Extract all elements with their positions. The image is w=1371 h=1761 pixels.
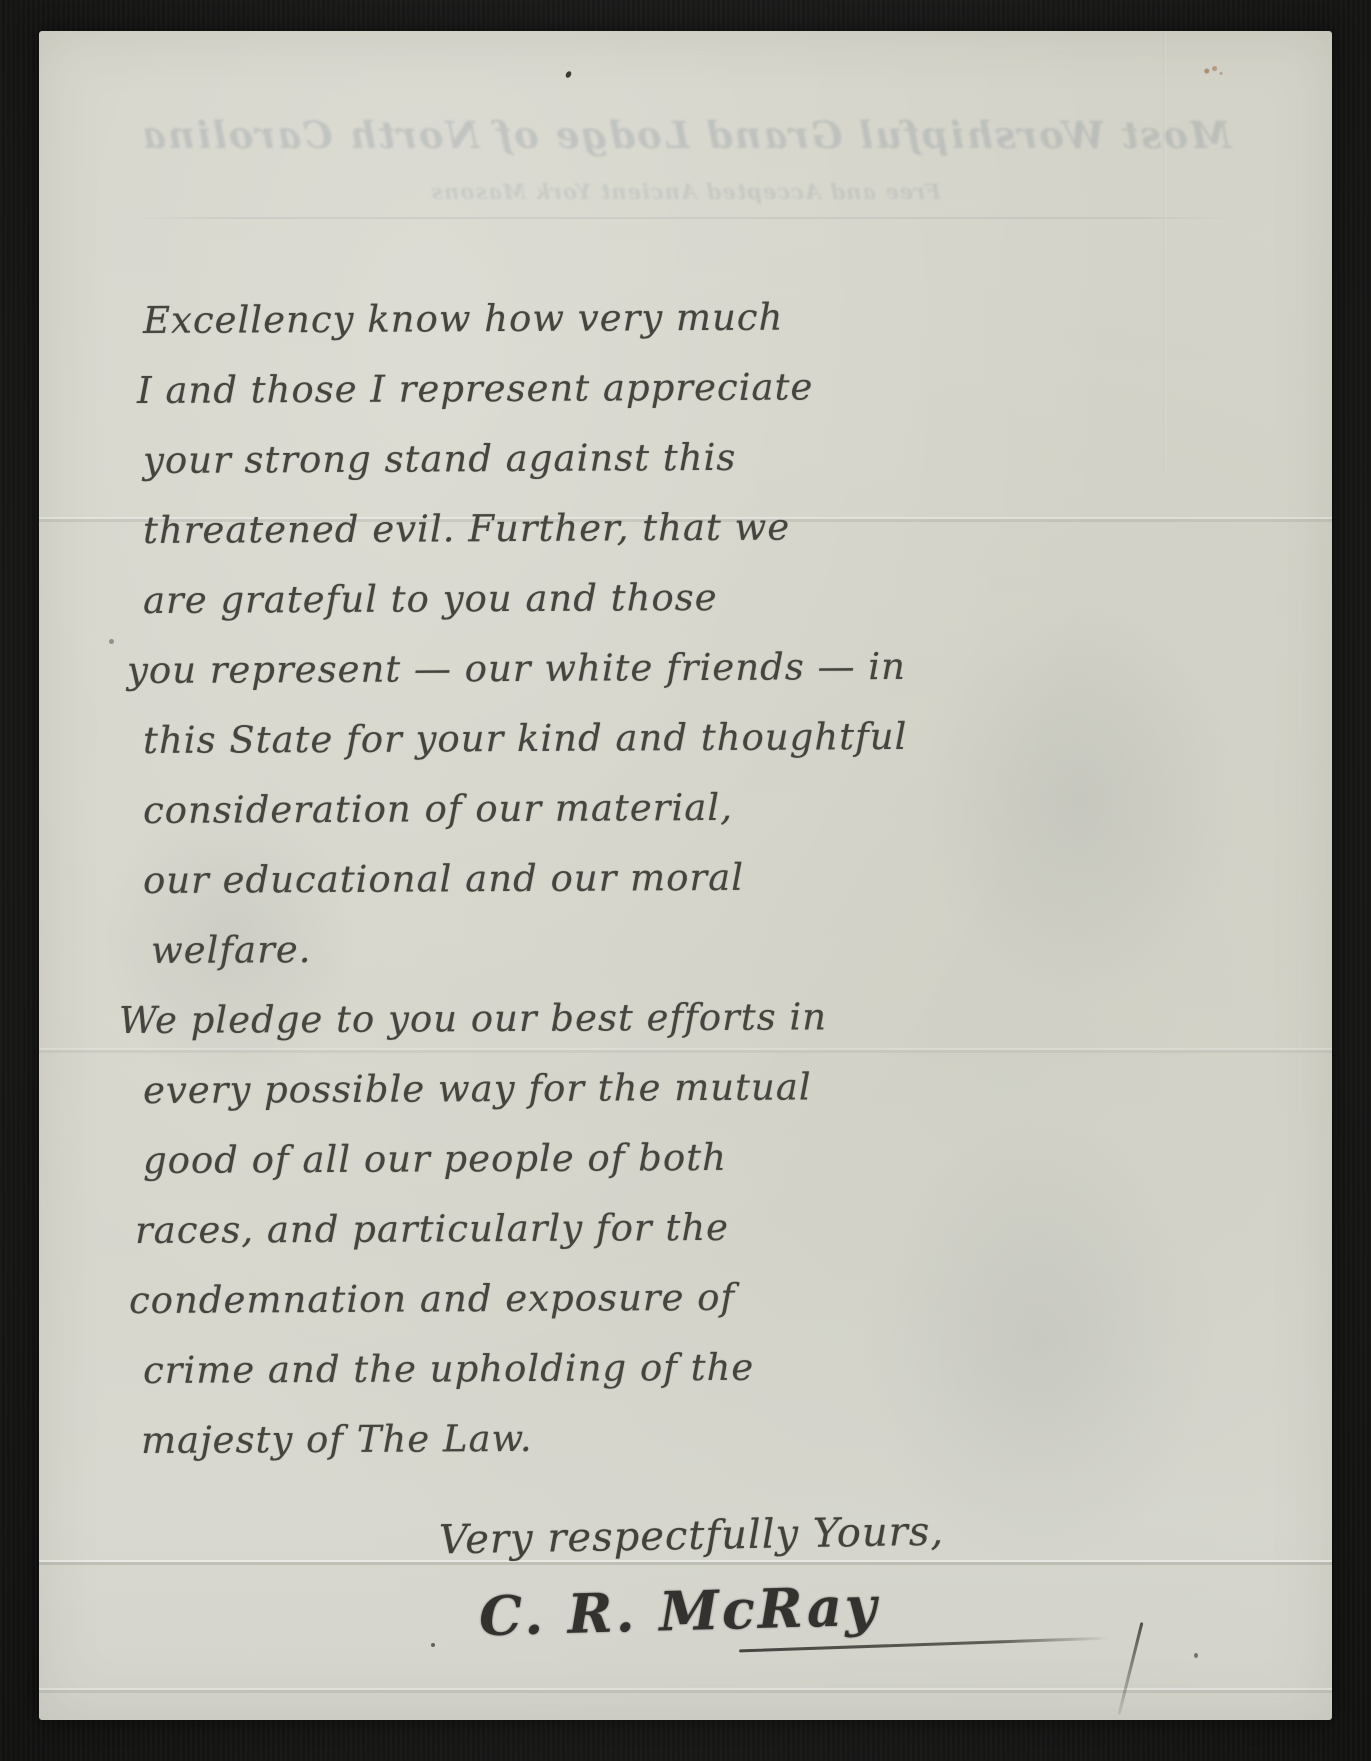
fold-crease-horizontal-4	[39, 1688, 1332, 1695]
letter-body: Excellency know how very muchI and those…	[143, 283, 1272, 1473]
letter-line: every possible way for the mutual	[143, 1050, 1272, 1126]
letter-line: this State for your kind and thoughtful	[143, 700, 1272, 776]
signature-flourish-tail	[1118, 1622, 1144, 1715]
ink-speck	[1194, 1653, 1198, 1658]
signature: C. R. McRay	[478, 1574, 880, 1648]
letter-line: crime and the upholding of the	[143, 1330, 1272, 1406]
letter-line: you represent — our white friends — in	[127, 630, 1272, 706]
letter-line: condemnation and exposure of	[129, 1260, 1272, 1336]
letter-line: majesty of The Law.	[141, 1400, 1272, 1476]
fold-crease-horizontal-3	[39, 1560, 1332, 1567]
bleedthrough-letterhead-line1: Most Worshipful Grand Lodge of North Car…	[39, 113, 1332, 157]
ink-speck	[565, 70, 573, 79]
letter-line: our educational and our moral	[143, 840, 1272, 916]
letter-page: Most Worshipful Grand Lodge of North Car…	[39, 31, 1332, 1720]
bleedthrough-rule	[127, 217, 1237, 219]
letter-line: threatened evil. Further, that we	[143, 490, 1272, 566]
letter-line: your strong stand against this	[143, 420, 1272, 496]
closing-salutation: Very respectfully Yours,	[439, 1509, 945, 1564]
letter-line: good of all our people of both	[143, 1120, 1272, 1196]
ink-speck	[109, 639, 114, 644]
letter-line: We pledge to you our best efforts in	[119, 980, 1272, 1056]
photographed-letter-page: { "document": { "type": "handwritten let…	[0, 0, 1371, 1761]
bleedthrough-letterhead-line2: Free and Accepted Ancient York Masons	[39, 179, 1332, 204]
rust-stain	[1199, 65, 1225, 77]
letter-line: I and those I represent appreciate	[137, 350, 1272, 426]
letter-line: consideration of our material,	[143, 770, 1272, 846]
ink-speck	[431, 1643, 435, 1647]
letter-line: Excellency know how very much	[143, 280, 1272, 356]
letter-line: welfare.	[151, 910, 1272, 986]
letter-line: races, and particularly for the	[135, 1190, 1272, 1266]
letter-line: are grateful to you and those	[143, 560, 1272, 636]
